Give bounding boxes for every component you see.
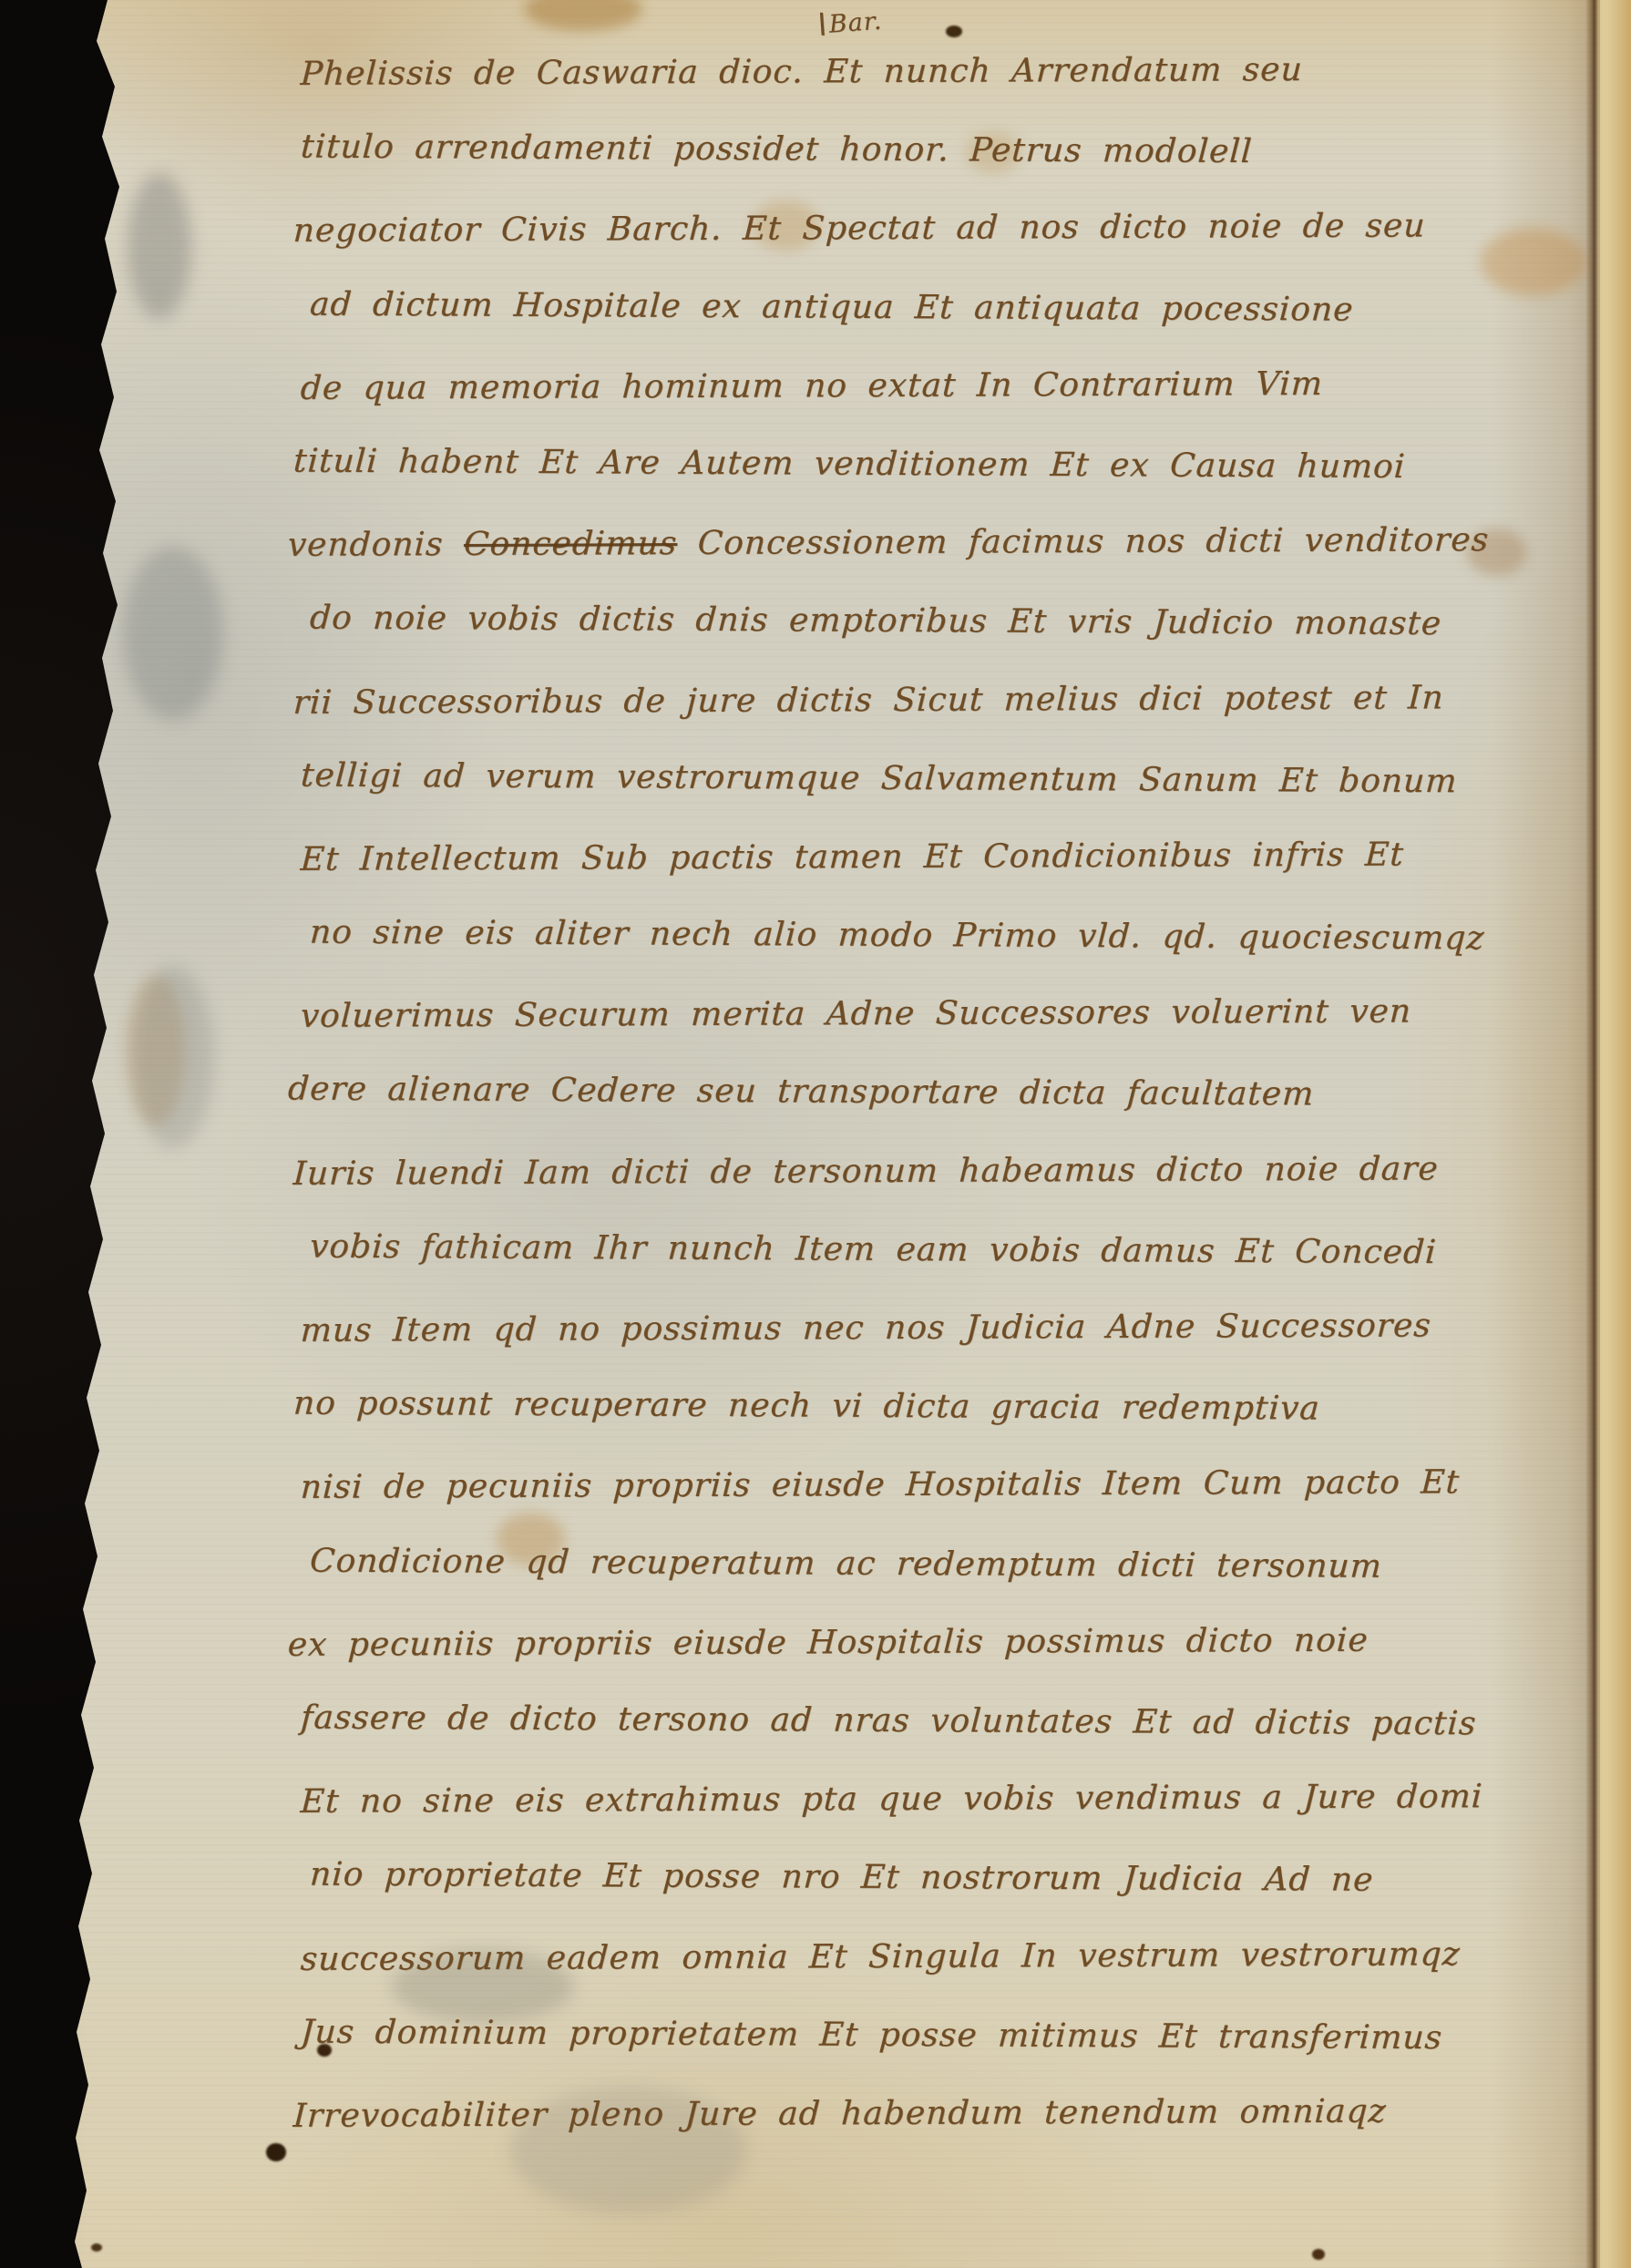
text-line: dere alienare Cedere seu transportare di…: [286, 1051, 1492, 1135]
text-line: ex pecuniis propriis eiusde Hospitalis p…: [286, 1601, 1492, 1685]
text-line: rii Successoribus de jure dictis Sicut m…: [292, 659, 1492, 743]
stain: [1481, 228, 1585, 296]
text-line: successorum eadem omnia Et Singula In ve…: [299, 1915, 1492, 1999]
text-line: Et no sine eis extrahimus pta que vobis …: [299, 1758, 1492, 1842]
text-line: nisi de pecuniis propriis eiusde Hospita…: [299, 1444, 1492, 1528]
text-line: voluerimus Securum merita Adne Successor…: [299, 972, 1492, 1056]
ink-spot: [317, 2044, 332, 2057]
text-line: telligi ad verum vestrorumque Salvamentu…: [299, 736, 1492, 821]
text-line: fassere de dicto tersono ad nras volunta…: [299, 1679, 1492, 1764]
struck-word: Concedimus: [463, 525, 678, 563]
text-line: Phelissis de Caswaria dioc. Et nunch Arr…: [299, 30, 1492, 114]
text-line: tituli habent Et Are Autem venditionem E…: [292, 423, 1492, 508]
ink-spot: [946, 26, 962, 37]
text-line: titulo arrendamenti possidet honor. Petr…: [299, 108, 1492, 193]
ink-spot: [1312, 2249, 1325, 2260]
show-through-smudge: [132, 966, 214, 1148]
stain: [524, 0, 642, 31]
manuscript-photo: ∣Bar. Phelissis de Caswaria dioc. Et nun…: [0, 0, 1631, 2268]
ink-spot: [266, 2143, 286, 2161]
ink-spot: [91, 2243, 102, 2252]
text-line: mus Item qd no possimus nec nos Judicia …: [299, 1287, 1492, 1370]
text-line: Condicione qd recuperatum ac redemptum d…: [308, 1522, 1492, 1606]
text-line: Et Intellectum Sub pactis tamen Et Condi…: [299, 816, 1492, 899]
text-line: negociator Civis Barch. Et Spectat ad no…: [292, 188, 1492, 272]
manuscript-page: ∣Bar. Phelissis de Caswaria dioc. Et nun…: [0, 0, 1600, 2268]
show-through-smudge: [123, 547, 223, 720]
text-line: Iuris luendi Iam dicti de tersonum habea…: [292, 1130, 1492, 1214]
text-block: Phelissis de Caswaria dioc. Et nunch Arr…: [301, 33, 1489, 2153]
text-line: no sine eis aliter nech alio modo Primo …: [308, 894, 1492, 979]
text-line: Jus dominium proprietatem Et posse mitim…: [299, 1993, 1492, 2078]
text-line: ad dictum Hospitale ex antiqua Et antiqu…: [308, 265, 1492, 350]
text-line: no possunt recuperare nech vi dicta grac…: [292, 1365, 1492, 1450]
text-line: vobis fathicam Ihr nunch Item eam vobis …: [308, 1207, 1492, 1292]
text-line: Irrevocabiliter pleno Jure ad habendum t…: [292, 2072, 1492, 2156]
text-line: vendonis Concedimus Concessionem facimus…: [286, 501, 1492, 585]
text-line: nio proprietate Et posse nro Et nostroru…: [308, 1836, 1492, 1921]
text-line: de qua memoria hominum no extat In Contr…: [299, 344, 1492, 428]
fold-crease: [1585, 0, 1602, 2268]
show-through-smudge: [128, 173, 191, 319]
text-line: do noie vobis dictis dnis emptoribus Et …: [308, 580, 1492, 664]
